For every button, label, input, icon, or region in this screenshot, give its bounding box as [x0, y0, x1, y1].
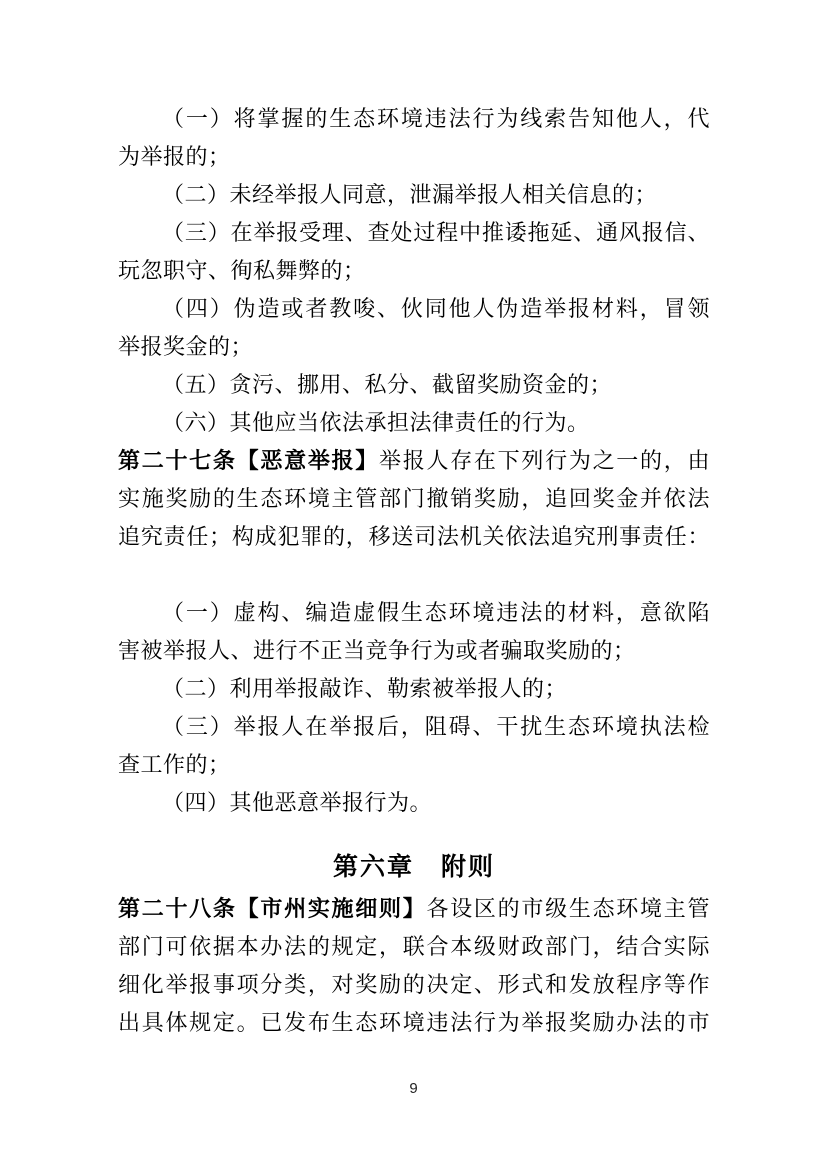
document-body: （一）将掌握的生态环境违法行为线索告知他人，代为举报的；（二）未经举报人同意，泄… — [118, 100, 710, 1042]
body-text: 害被举报人、进行不正当竞争行为或者骗取奖励的； — [118, 638, 636, 663]
article-27-clause-3-line-1: （三）举报人在举报后，阻碍、干扰生态环境执法检 — [118, 708, 710, 746]
body-text: 追究责任；构成犯罪的，移送司法机关依法追究刑事责任： — [118, 524, 710, 549]
body-text: （二）利用举报敲诈、勒索被举报人的； — [162, 676, 567, 701]
clause-2-line: （二）未经举报人同意，泄漏举报人相关信息的； — [118, 176, 710, 214]
article-28-line-1: 第二十八条【市州实施细则】各设区的市级生态环境主管 — [118, 890, 710, 928]
body-text: 举报奖金的； — [118, 334, 253, 359]
body-text: 出具体规定。已发布生态环境违法行为举报奖励办法的市 — [118, 1010, 710, 1035]
body-text: （三）在举报受理、查处过程中推诿拖延、通风报信、 — [162, 220, 710, 245]
article-27-clause-1-line-2: 害被举报人、进行不正当竞争行为或者骗取奖励的； — [118, 632, 710, 670]
clause-3-line-1: （三）在举报受理、查处过程中推诿拖延、通风报信、 — [118, 214, 710, 252]
clause-6-line: （六）其他应当依法承担法律责任的行为。 — [118, 404, 710, 442]
document-page: （一）将掌握的生态环境违法行为线索告知他人，代为举报的；（二）未经举报人同意，泄… — [0, 0, 827, 1169]
body-text: （六）其他应当依法承担法律责任的行为。 — [162, 410, 590, 435]
body-text: （三）举报人在举报后，阻碍、干扰生态环境执法检 — [162, 714, 710, 739]
body-text: 查工作的； — [118, 752, 231, 777]
body-text: 细化举报事项分类，对奖励的决定、形式和发放程序等作 — [118, 972, 710, 997]
body-text: 实施奖励的生态环境主管部门撤销奖励，追回奖金并依法 — [118, 486, 710, 511]
clause-3-line-2: 玩忽职守、徇私舞弊的； — [118, 252, 710, 290]
article-28-line-4: 出具体规定。已发布生态环境违法行为举报奖励办法的市 — [118, 1004, 710, 1042]
body-text: 部门可依据本办法的规定，联合本级财政部门，结合实际 — [118, 934, 710, 959]
clause-4-line-2: 举报奖金的； — [118, 328, 710, 366]
body-text: 为举报的； — [118, 144, 231, 169]
article-27-line-3: 追究责任；构成犯罪的，移送司法机关依法追究刑事责任： — [118, 518, 710, 556]
clause-1-line-1: （一）将掌握的生态环境违法行为线索告知他人，代 — [118, 100, 710, 138]
bold-article-label: 第六章 附则 — [333, 854, 495, 881]
body-text: （一）虚构、编造虚假生态环境违法的材料，意欲陷 — [162, 600, 710, 625]
article-28-line-3: 细化举报事项分类，对奖励的决定、形式和发放程序等作 — [118, 966, 710, 1004]
article-27-line-2: 实施奖励的生态环境主管部门撤销奖励，追回奖金并依法 — [118, 480, 710, 518]
body-text: 举报人存在下列行为之一的，由 — [379, 448, 710, 473]
clause-5-line: （五）贪污、挪用、私分、截留奖励资金的； — [118, 366, 710, 404]
body-text: 各设区的市级生态环境主管 — [426, 896, 710, 921]
article-28-line-2: 部门可依据本办法的规定，联合本级财政部门，结合实际 — [118, 928, 710, 966]
body-text: （五）贪污、挪用、私分、截留奖励资金的； — [162, 372, 612, 397]
page-number: 9 — [0, 1080, 827, 1097]
bold-article-label: 第二十七条【恶意举报】 — [118, 448, 379, 473]
article-27-clause-1-line-1: （一）虚构、编造虚假生态环境违法的材料，意欲陷 — [118, 594, 710, 632]
article-27-clause-3-line-2: 查工作的； — [118, 746, 710, 784]
article-27-line-1: 第二十七条【恶意举报】举报人存在下列行为之一的，由 — [118, 442, 710, 480]
bold-article-label: 第二十八条【市州实施细则】 — [118, 896, 426, 921]
chapter-6-heading: 第六章 附则 — [118, 846, 710, 890]
body-text: （一）将掌握的生态环境违法行为线索告知他人，代 — [162, 106, 710, 131]
article-27-clause-4-line: （四）其他恶意举报行为。 — [118, 784, 710, 822]
clause-1-line-2: 为举报的； — [118, 138, 710, 176]
article-27-clause-2-line: （二）利用举报敲诈、勒索被举报人的； — [118, 670, 710, 708]
body-text: （四）其他恶意举报行为。 — [162, 790, 432, 815]
body-text: （二）未经举报人同意，泄漏举报人相关信息的； — [162, 182, 657, 207]
clause-4-line-1: （四）伪造或者教唆、伙同他人伪造举报材料，冒领 — [118, 290, 710, 328]
body-text: （四）伪造或者教唆、伙同他人伪造举报材料，冒领 — [162, 296, 710, 321]
body-text: 玩忽职守、徇私舞弊的； — [118, 258, 366, 283]
